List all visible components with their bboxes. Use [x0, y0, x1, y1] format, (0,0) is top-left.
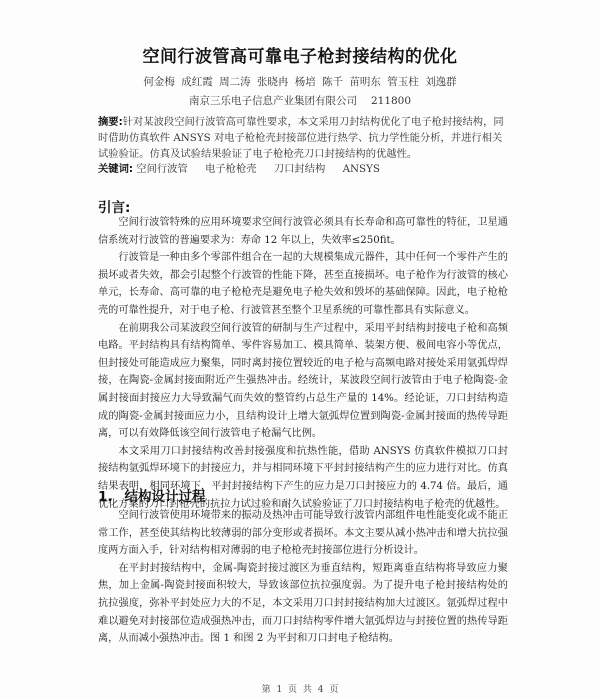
section-number: 1.: [98, 489, 113, 505]
paragraph: 行波管是一种由多个零部件组合在一起的大规模集成元器件，其中任何一个零件产生的损坏…: [98, 249, 508, 319]
affiliation: 南京三乐电子信息产业集团有限公司211800: [0, 93, 600, 108]
page-footer: 第 1 页 共 4 页: [0, 682, 600, 695]
abstract-text: 针对某波段空间行波管高可靠性要求，本文采用刀封结构优化了电子枪封接结构，同时借助…: [98, 116, 504, 160]
section-heading: 1.结构设计过程: [98, 485, 206, 505]
intro-heading: 引言:: [98, 196, 130, 216]
keyword: ANSYS: [343, 163, 380, 175]
keywords-label: 关键词:: [98, 163, 133, 175]
paragraph: 空间行波管使用环境带来的振动及热冲击可能导致行波管内部组件电性能变化或不能正常工…: [98, 507, 508, 560]
paragraph: 空间行波管特殊的应用环境要求空间行波管必须具有长寿命和高可靠性的特征，卫星通信系…: [98, 214, 508, 249]
paragraph: 在前期我公司某波段空间行波管的研制与生产过程中，采用平封结构封接电子枪和高频电路…: [98, 320, 508, 443]
author-list: 何金梅 成红霞 周二涛 张晓冉 杨培 陈千 苗明东 管玉柱 刘逸群: [0, 74, 600, 89]
paragraph: 在平封封接结构中，金属-陶瓷封接过渡区为垂直结构，短距离垂直结构将导致应力聚焦，…: [98, 560, 508, 648]
intro-body: 空间行波管特殊的应用环境要求空间行波管必须具有长寿命和高可靠性的特征，卫星通信系…: [98, 214, 508, 513]
abstract: 摘要:针对某波段空间行波管高可靠性要求，本文采用刀封结构优化了电子枪封接结构，同…: [98, 114, 508, 162]
document-page: 空间行波管高可靠电子枪封接结构的优化 何金梅 成红霞 周二涛 张晓冉 杨培 陈千…: [0, 0, 600, 698]
paper-title: 空间行波管高可靠电子枪封接结构的优化: [0, 42, 600, 67]
affiliation-name: 南京三乐电子信息产业集团有限公司: [189, 95, 357, 107]
affiliation-zip: 211800: [371, 95, 411, 107]
abstract-label: 摘要:: [98, 116, 123, 128]
keyword: 空间行波管: [136, 163, 187, 175]
keywords: 关键词: 空间行波管 电子枪枪壳 刀口封结构 ANSYS: [98, 160, 508, 175]
section-title: 结构设计过程: [125, 489, 206, 505]
section-body: 空间行波管使用环境带来的振动及热冲击可能导致行波管内部组件电性能变化或不能正常工…: [98, 507, 508, 648]
keyword: 刀口封结构: [274, 163, 325, 175]
keyword: 电子枪枪壳: [205, 163, 256, 175]
